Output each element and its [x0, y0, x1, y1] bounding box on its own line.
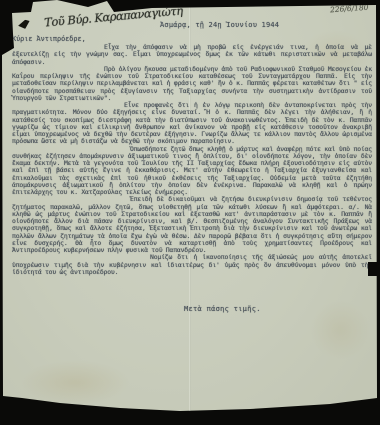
paragraph-1: Εἶχα τὴν ἀπόφασιν νὰ μὴ προβῶ εἰς ἐνέργε… — [12, 44, 372, 66]
archive-number: 226/6/180 — [329, 3, 368, 15]
closing-formula: Μετὰ πάσης τιμῆς. — [184, 305, 372, 313]
paragraph-6: Νομίζω ὅτι ἡ ἱκανοποίησις τῆς ἀξιώσεώς μ… — [12, 254, 372, 276]
scanner-edge-artifact — [368, 262, 380, 276]
scanned-letter-page: Ἀσμάρᾳ, τῇ 24ῃ Ἰουνίου 1944 Κύριε Ἀντιπρ… — [0, 0, 380, 425]
paragraph-4: Ὁπωσδήποτε ζητῶ ὅπως κληθῇ ὁ μάρτυς καὶ … — [12, 146, 372, 197]
letter-paper: Ἀσμάρᾳ, τῇ 24ῃ Ἰουνίου 1944 Κύριε Ἀντιπρ… — [0, 0, 380, 425]
paragraph-2: Πρὸ ὀλίγου ἤκουσα μεταδιδομένην ἀπὸ τοῦ … — [12, 66, 372, 102]
salutation: Κύριε Ἀντιπρόεδρε, — [12, 35, 372, 43]
paragraph-5: Ἐπειδὴ δὲ δικαιοῦμαι νὰ ζητήσω διευκρίνι… — [12, 196, 372, 254]
paragraph-3: Εἶνε προφανὲς ὅτι ἡ ἐν λόγῳ περικοπὴ δὲν… — [12, 102, 372, 146]
typed-letter-body: Ἀσμάρᾳ, τῇ 24ῃ Ἰουνίου 1944 Κύριε Ἀντιπρ… — [12, 21, 372, 313]
paper-stain — [20, 360, 130, 405]
